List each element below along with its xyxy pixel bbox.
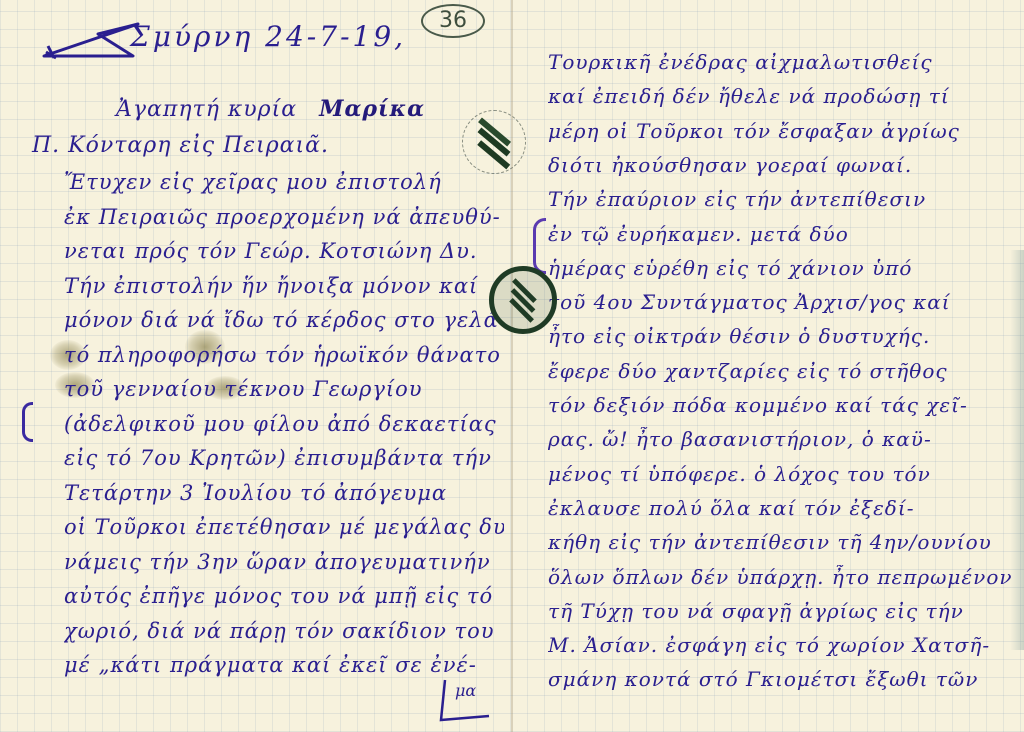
handwritten-line: μέ „κάτι πράγματα καί ἐκεῖ σε ἐνέ- [64,653,504,677]
handwritten-line: τόν δεξιόν πόδα κομμένο καί τάς χεῖ- [548,393,1018,417]
handwritten-line: Ἔτυχεν εἰς χεῖρας μου ἐπιστολή [64,170,504,194]
handwritten-line: χωριό, διά νά πάρῃ τόν σακίδιον του [64,619,504,643]
handwritten-line: Τουρκικῆ ἐνέδρας αἰχμαλωτισθείς [548,50,1018,74]
handwritten-line: κήθη εἰς τήν ἀντεπίθεσιν τῆ 4ην/ουνίου [548,530,1018,554]
handwritten-line: μένος τί ὑπόφερε. ὁ λόχος του τόν [548,462,1018,486]
page-fold-line [511,0,513,732]
handwritten-line: Τετάρτην 3 Ἰουλίου τό ἀπόγευμα [64,481,504,505]
handwritten-line: σμάνη κοντά στό Γκιομέτσι ἔξωθι τῶν [548,667,1018,691]
handwritten-line: ὅλων ὅπλων δέν ὑπάρχῃ. ἦτο πεπρωμένον [548,565,1018,589]
handwritten-line: τό πληροφορήσω τόν ἡρωϊκόν θάνατο [64,343,504,367]
place-date-heading: Σμύρνη 24-7-19, [130,20,406,53]
handwritten-line: μέρη οἱ Τοῦρκοι τόν ἔσφαξαν ἀγρίως [548,119,1018,143]
handwritten-line: νάμεις τήν 3ην ὥραν ἀπογευματινήν [64,550,504,574]
handwritten-line: ἐν τῷ ἐυρήκαμεν. μετά δύο [548,222,1018,246]
salutation-text: Ἀγαπητή κυρία [116,97,297,122]
bracket-mark [533,218,546,274]
handwritten-line: διότι ἠκούσθησαν γοεραί φωναί. [548,153,1018,177]
handwritten-line: οἱ Τοῦρκοι ἐπετέθησαν μέ μεγάλας δυ- [64,515,504,539]
bracket-mark [22,402,33,442]
handwritten-line: ἐκλαυσε πολύ ὅλα καί τόν ἐξεδί- [548,496,1018,520]
handwritten-line: ρας. ὤ! ἦτο βασανιστήριον, ὁ καϋ- [548,427,1018,451]
handwritten-line: ἐκ Πειραιῶς προερχομένη νά ἀπευθύ- [64,205,504,229]
handwritten-line: Τήν ἐπιστολήν ἥν ἤνοιξα μόνον καί [64,274,504,298]
addressee-line: Π. Κόνταρη εἰς Πειραιᾶ. [32,133,329,158]
handwritten-line: ἡμέρας εὑρέθη εἰς τό χάνιον ὑπό [548,256,1018,280]
handwritten-line: εἰς τό 7ου Κρητῶν) ἐπισυμβάντα τήν [64,446,504,470]
handwritten-line: τῆ Τύχῃ του νά σφαγῇ ἀγρίως εἰς τήν [548,599,1018,623]
handwritten-line: μόνον διά νά ἴδω τό κέρδος στο γελά καί [64,308,504,332]
handwritten-line: τοῦ γενναίου τέκνου Γεωργίου [64,377,504,401]
handwritten-line: ἦτο εἰς οἰκτράν θέσιν ὁ δυστυχής. [548,324,1018,348]
addressee-name: Μαρίκα [319,96,425,122]
handwritten-line: αὐτός ἐπῆγε μόνος του νά μπῇ εἰς τό [64,584,504,608]
postal-stamp-faint [462,110,526,174]
handwritten-line: ἔφερε δύο χαντζαρίες εἰς τό στῆθος [548,359,1018,383]
handwritten-line: Τήν ἐπαύριον εἰς τήν ἀντεπίθεσιν [548,187,1018,211]
handwritten-line: τοῦ 4ου Συντάγματος Ἀρχισ/γος καί [548,290,1018,314]
closing-flourish-icon: μα [437,676,497,726]
handwritten-line: καί ἐπειδή δέν ἤθελε νά προδώσῃ τί [548,84,1018,108]
postal-stamp-bold [489,266,557,334]
page-number-circle: 36 [421,4,485,38]
handwritten-line: (ἀδελφικοῦ μου φίλου ἀπό δεκαετίας [64,412,504,436]
salutation: Ἀγαπητή κυρία Μαρίκα [116,96,425,122]
handwritten-line: νεται πρός τόν Γεώρ. Κοτσιώνη Δυ. [64,239,504,263]
stamp-mark-icon [511,288,536,313]
stamp-mark-icon [478,127,511,156]
svg-text:μα: μα [455,681,476,700]
handwritten-line: Μ. Ἀσίαν. ἐσφάγη εἰς τό χωρίον Χατσῆ- [548,633,1018,657]
